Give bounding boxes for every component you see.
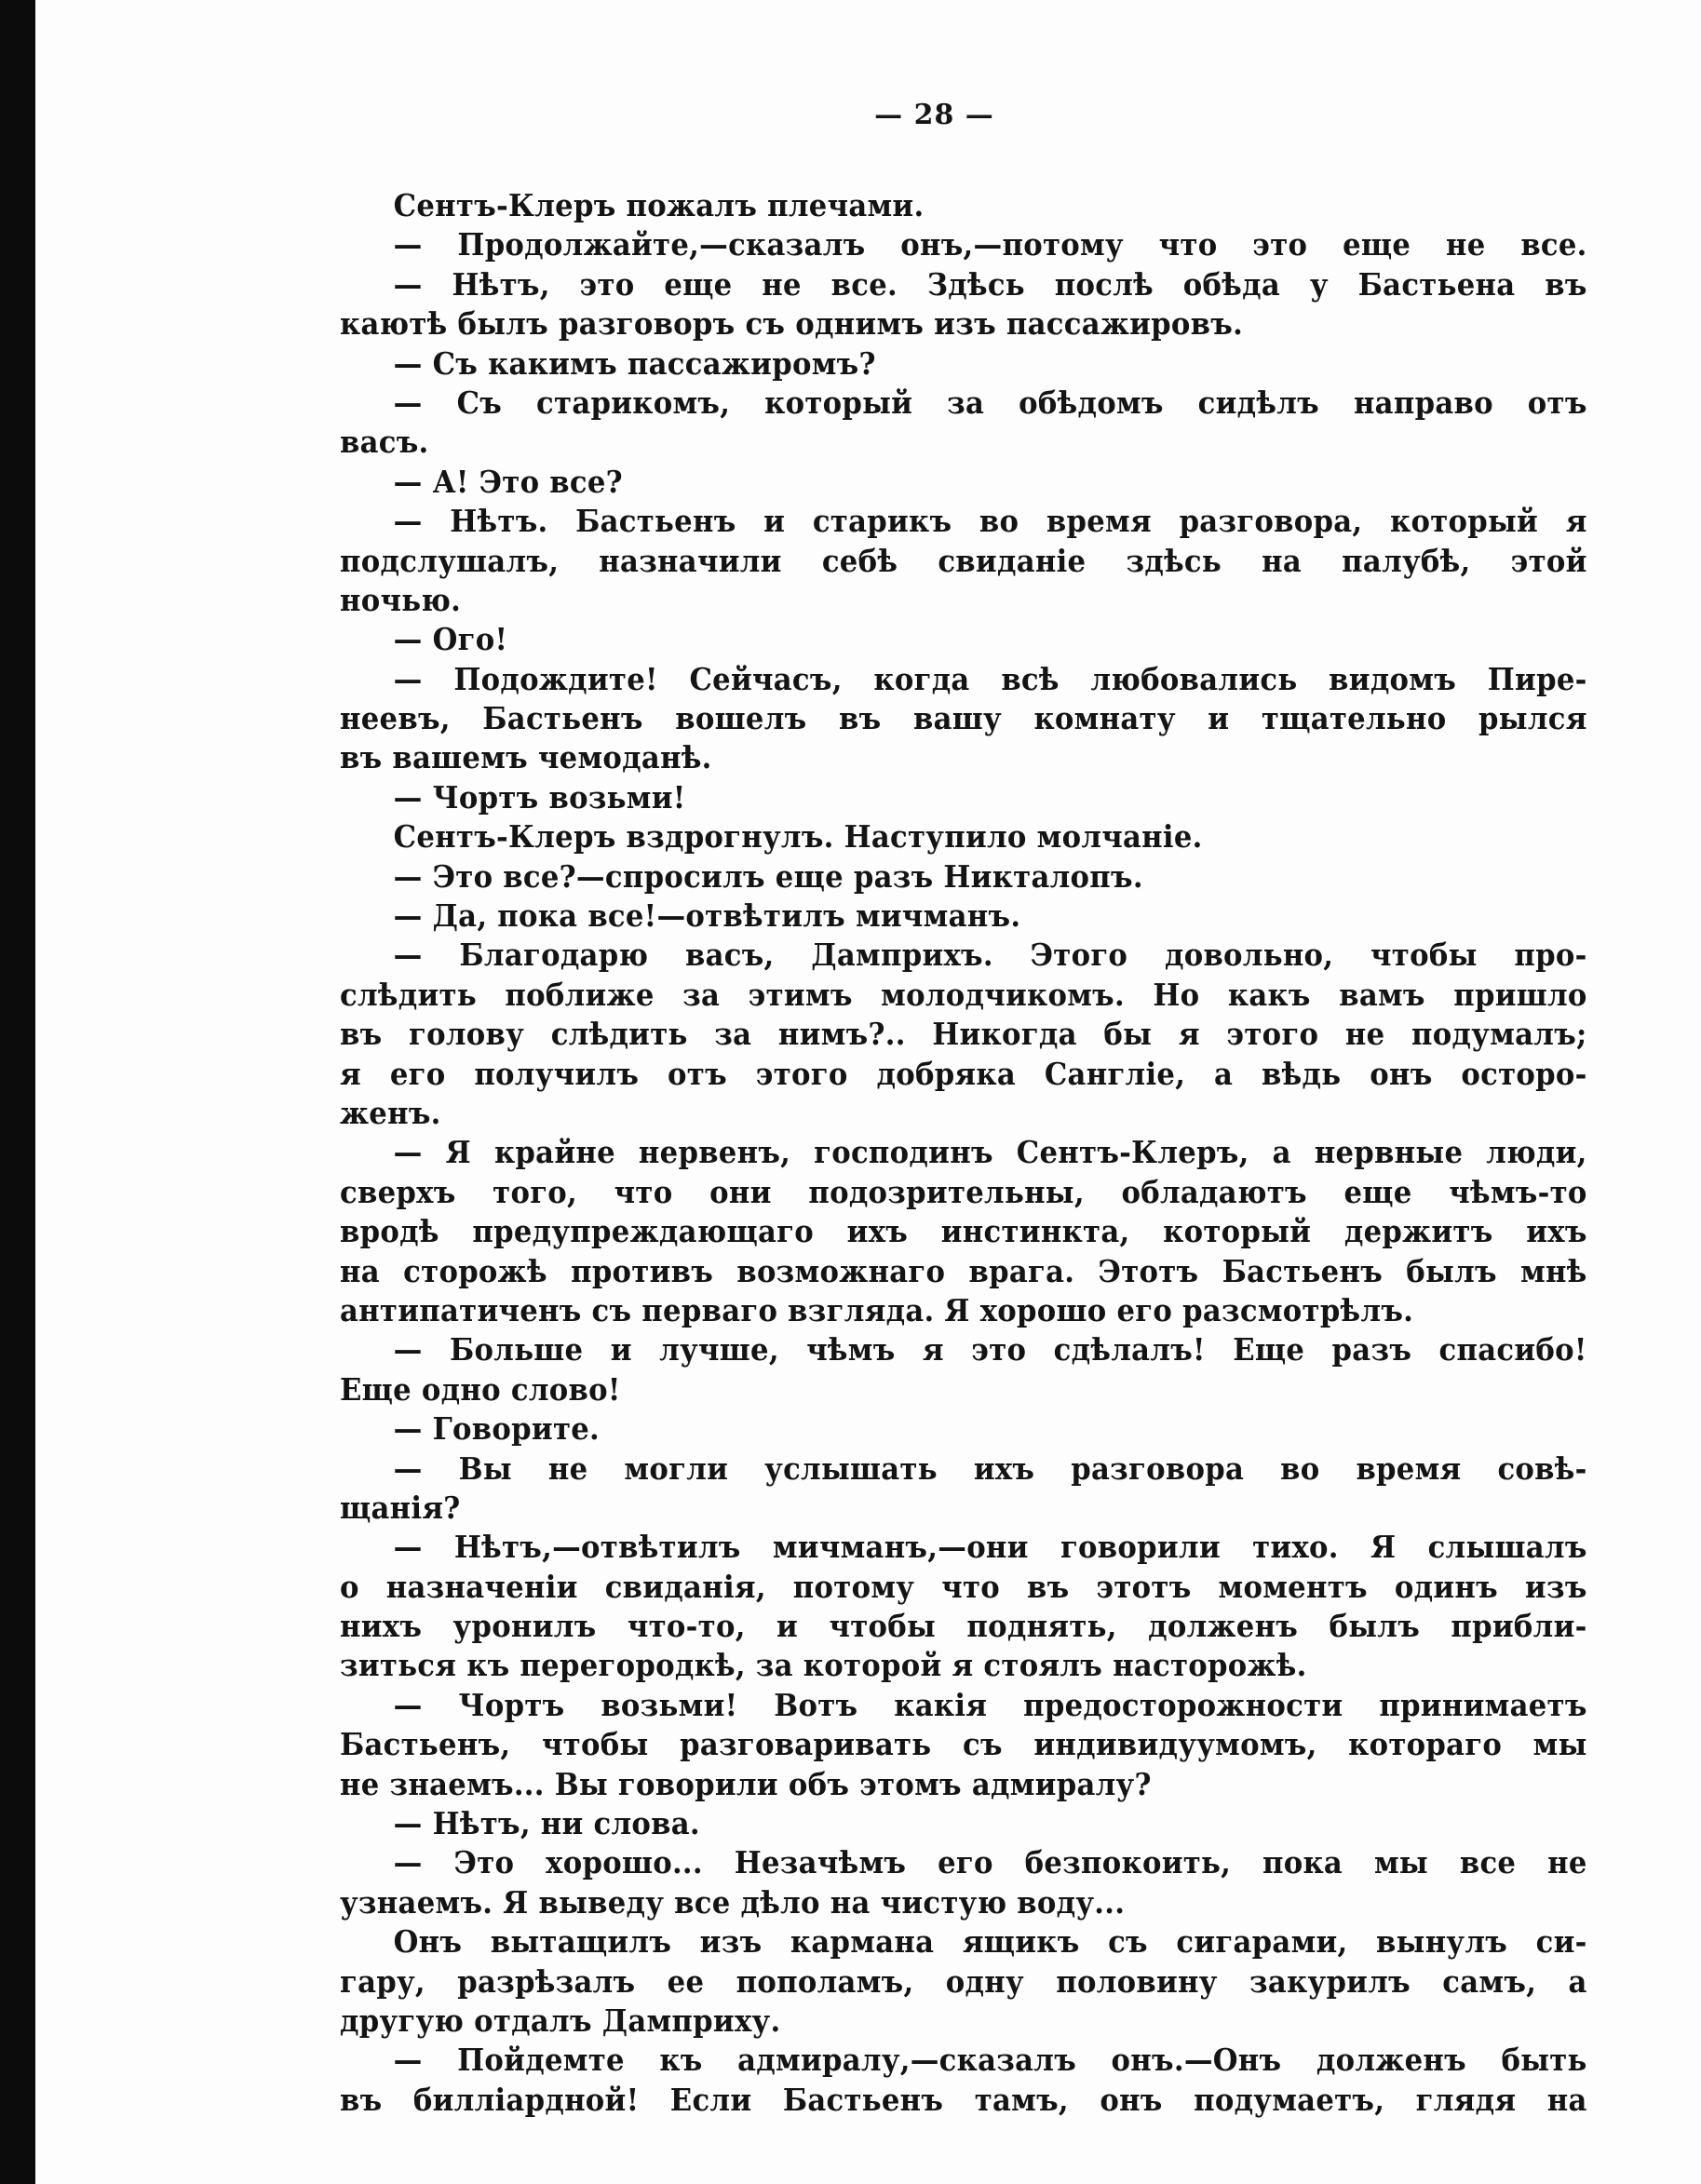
text-line: въ билліардной! Если Бастьенъ тамъ, онъ … xyxy=(340,2081,1587,2120)
text-line: — Нѣтъ, это еще не все. Здѣсь послѣ обѣд… xyxy=(340,265,1587,304)
text-line: ночью. xyxy=(340,581,1587,620)
text-line: — Подождите! Сейчасъ, когда всѣ любовали… xyxy=(340,660,1587,699)
text-line: Онъ вытащилъ изъ кармана ящикъ съ сигара… xyxy=(340,1922,1587,1962)
text-line: Еще одно слово! xyxy=(340,1370,1587,1409)
text-line: — Это хорошо... Незачѣмъ его безпокоить,… xyxy=(340,1843,1587,1882)
text-line: — Вы не могли услышать ихъ разговора во … xyxy=(340,1449,1587,1489)
scan-border-edge xyxy=(0,0,35,2184)
text-line: женъ. xyxy=(340,1094,1587,1133)
text-line: щанія? xyxy=(340,1489,1587,1528)
text-line: — Продолжайте,—сказалъ онъ,—потому что э… xyxy=(340,225,1587,264)
text-line: каютѣ былъ разговоръ съ однимъ изъ пасса… xyxy=(340,304,1587,344)
text-line: антипатиченъ съ перваго взгляда. Я хорош… xyxy=(340,1291,1587,1330)
text-line: — Съ старикомъ, который за обѣдомъ сидѣл… xyxy=(340,384,1587,423)
text-line: неевъ, Бастьенъ вошелъ въ вашу комнату и… xyxy=(340,699,1587,738)
text-line: — Я крайне нервенъ, господинъ Сентъ-Клер… xyxy=(340,1133,1587,1172)
text-line: — Съ какимъ пассажиромъ? xyxy=(340,344,1587,384)
text-line: подслушалъ, назначили себѣ свиданіе здѣс… xyxy=(340,542,1587,581)
text-line: — Ого! xyxy=(340,620,1587,659)
body-text: Сентъ-Клеръ пожалъ плечами.— Продолжайте… xyxy=(340,186,1587,2120)
text-line: сверхъ того, что они подозрительны, обла… xyxy=(340,1173,1587,1212)
text-line: я его получилъ отъ этого добряка Санглie… xyxy=(340,1055,1587,1094)
text-line: — Благодарю васъ, Дамприхъ. Этого доволь… xyxy=(340,936,1587,975)
text-line: — Больше и лучше, чѣмъ я это сдѣлалъ! Ещ… xyxy=(340,1330,1587,1369)
text-line: васъ. xyxy=(340,423,1587,462)
text-line: Сентъ-Клеръ пожалъ плечами. xyxy=(340,186,1587,225)
text-line: Сентъ-Клеръ вздрогнулъ. Наступило молчан… xyxy=(340,817,1587,856)
text-line: — А! Это все? xyxy=(340,463,1587,502)
text-line: — Нѣтъ. Бастьенъ и старикъ во время разг… xyxy=(340,502,1587,541)
text-line: — Говорите. xyxy=(340,1409,1587,1449)
text-line: — Нѣтъ, ни слова. xyxy=(340,1804,1587,1843)
text-line: — Нѣтъ,—отвѣтилъ мичманъ,—они говорили т… xyxy=(340,1528,1587,1567)
text-line: зиться къ перегородкѣ, за которой я стоя… xyxy=(340,1646,1587,1685)
text-line: въ голову слѣдить за нимъ?.. Никогда бы … xyxy=(340,1015,1587,1054)
text-line: о назначеніи свиданія, потому что въ это… xyxy=(340,1568,1587,1607)
text-line: не знаемъ... Вы говорили объ этомъ адмир… xyxy=(340,1765,1587,1804)
text-line: въ вашемъ чемоданѣ. xyxy=(340,738,1587,777)
text-line: узнаемъ. Я выведу все дѣло на чистую вод… xyxy=(340,1883,1587,1922)
text-line: гару, разрѣзалъ ее пополамъ, одну полови… xyxy=(340,1962,1587,2002)
text-line: вродѣ предупреждающаго ихъ инстинкта, ко… xyxy=(340,1212,1587,1251)
text-line: — Чортъ возьми! Вотъ какія предосторожно… xyxy=(340,1686,1587,1725)
text-line: на сторожѣ противъ возможнаго врага. Это… xyxy=(340,1252,1587,1291)
text-line: — Это все?—спросилъ еще разъ Никталопъ. xyxy=(340,857,1587,897)
text-line: Бастьенъ, чтобы разговаривать съ индивид… xyxy=(340,1725,1587,1764)
text-line: нихъ уронилъ что-то, и чтобы поднять, до… xyxy=(340,1607,1587,1646)
text-line: — Чортъ возьми! xyxy=(340,778,1587,817)
text-line: — Пойдемте къ адмиралу,—сказалъ онъ.—Онъ… xyxy=(340,2041,1587,2080)
page-number: — 28 — xyxy=(0,99,1701,131)
text-line: — Да, пока все!—отвѣтилъ мичманъ. xyxy=(340,897,1587,936)
text-line: другую отдалъ Дамприху. xyxy=(340,2002,1587,2041)
text-line: слѣдить поближе за этимъ молодчикомъ. Но… xyxy=(340,976,1587,1015)
